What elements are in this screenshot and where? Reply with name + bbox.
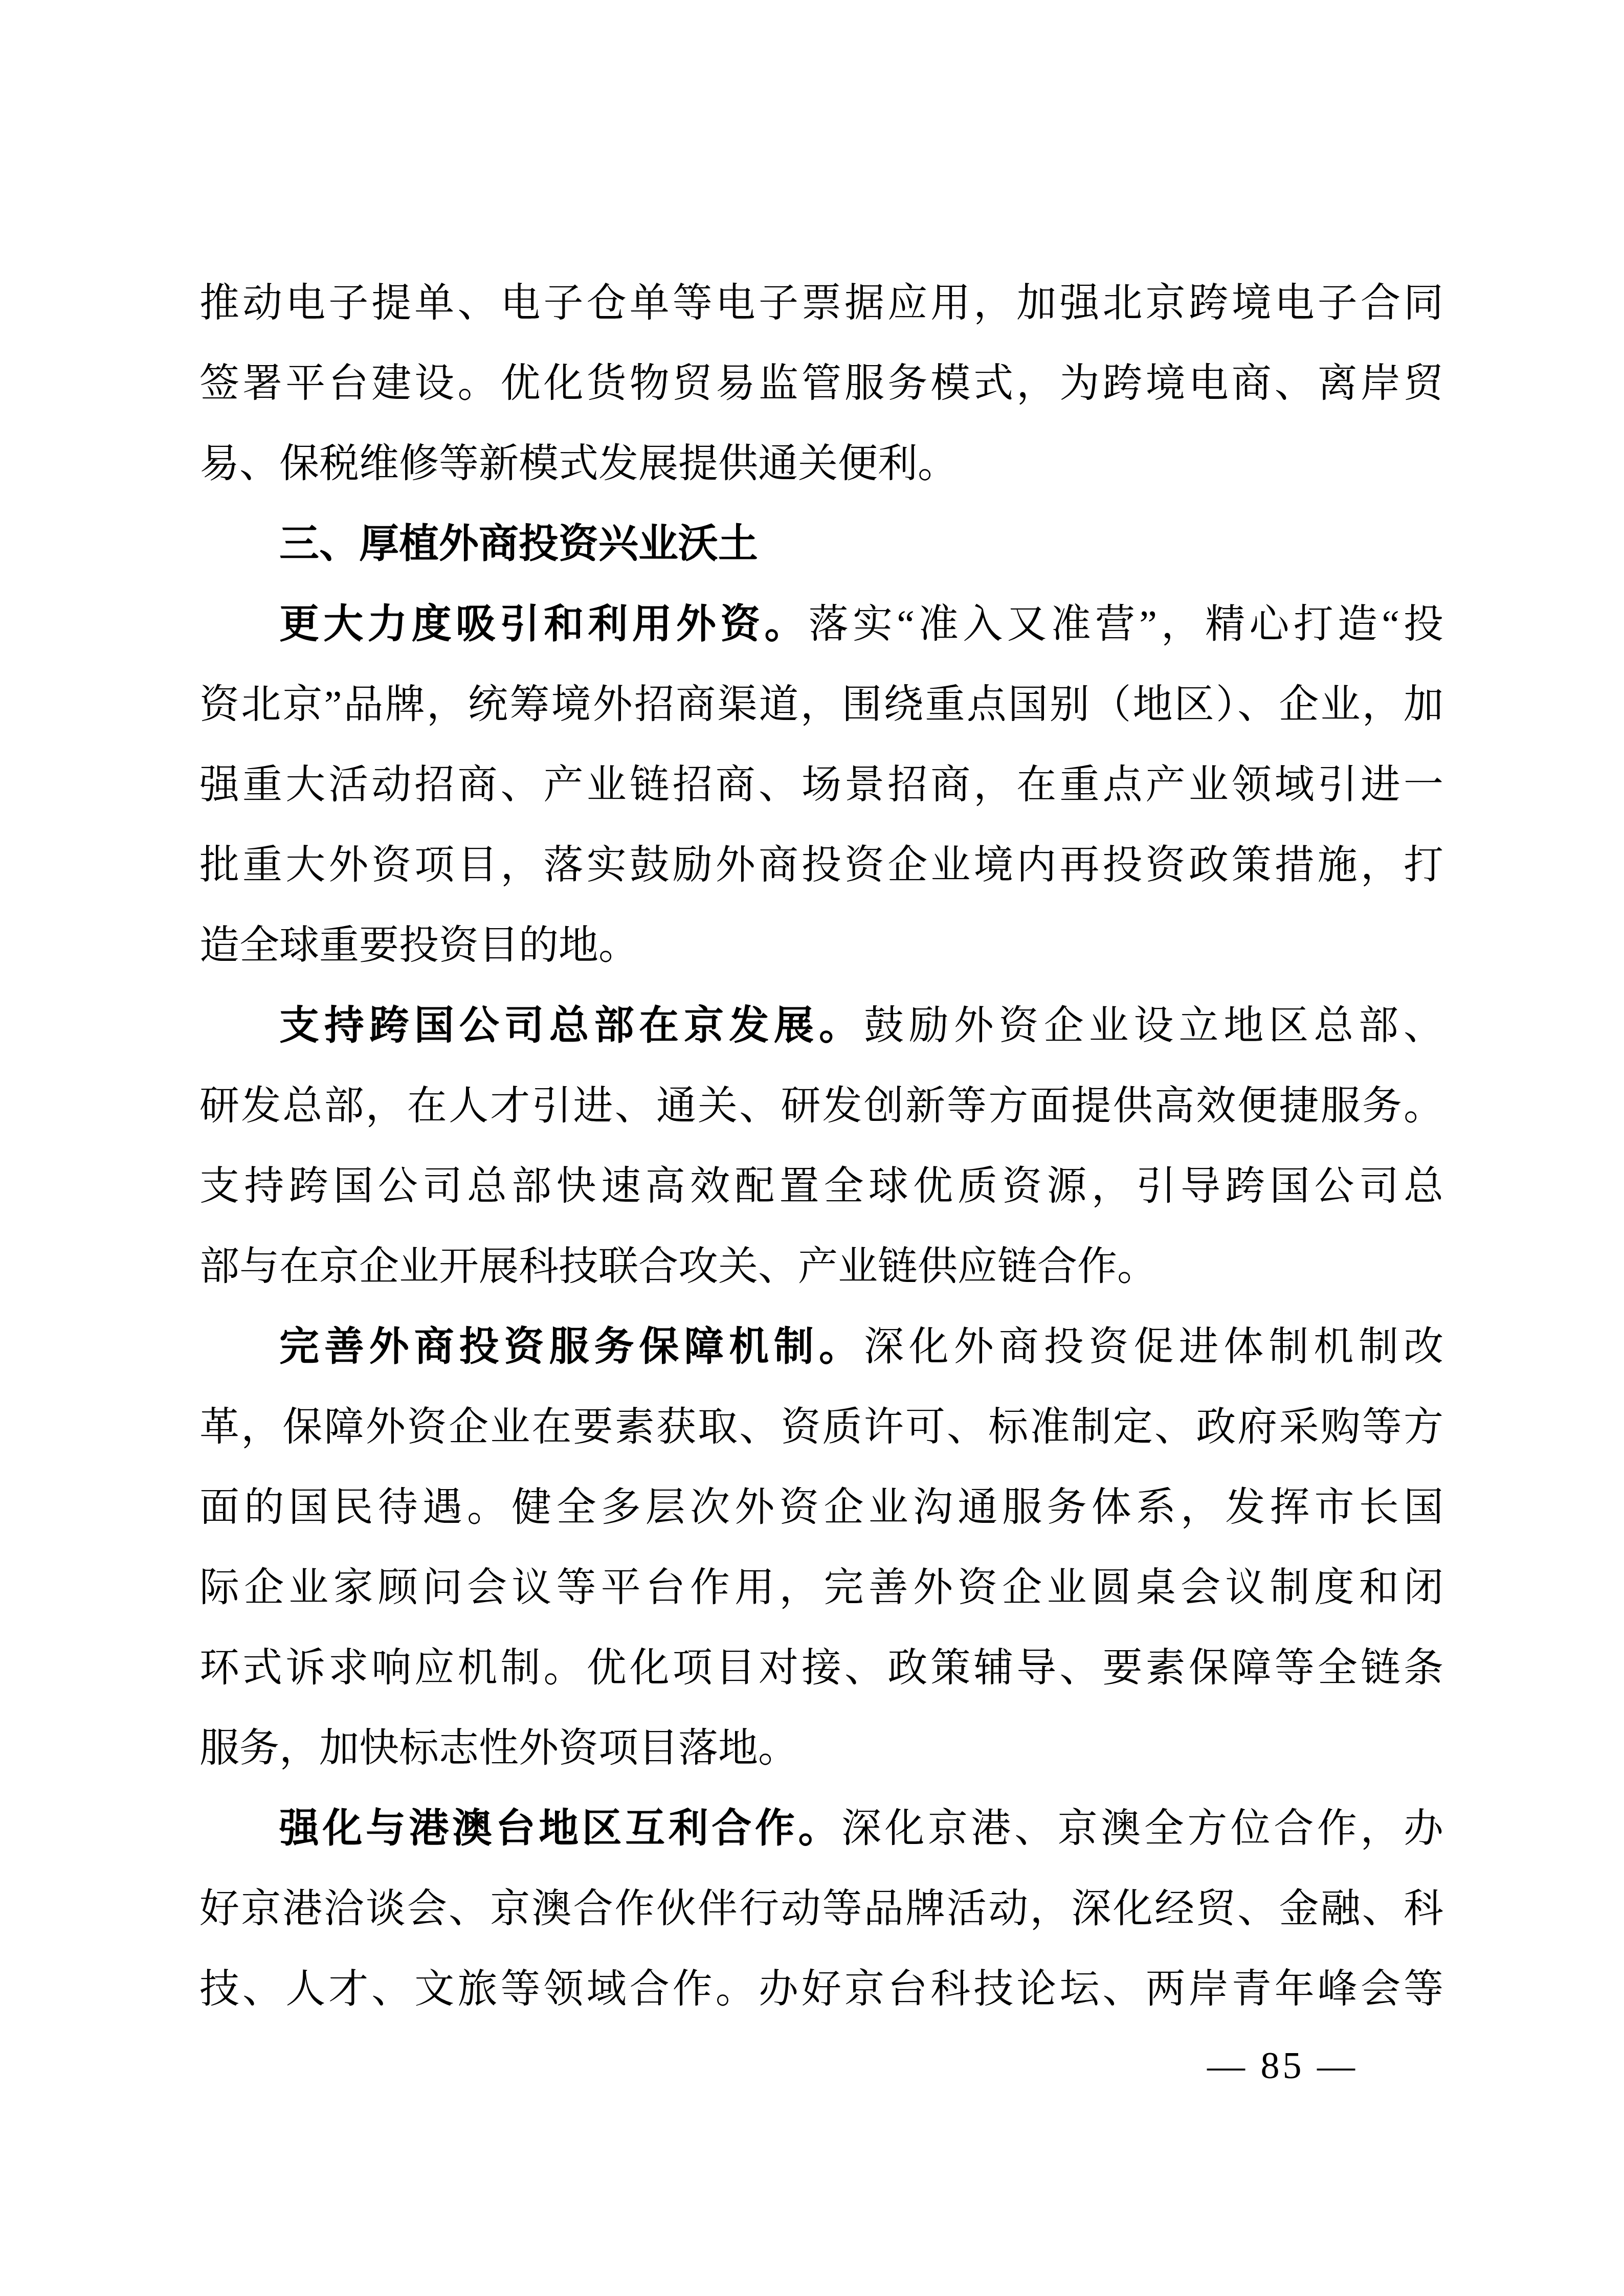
text-line: 研发总部，在人才引进、通关、研发创新等方面提供高效便捷服务。: [199, 1066, 1443, 1146]
paragraph-lead: 支持跨国公司总部在京发展。: [279, 1003, 864, 1048]
page-number: — 85 —: [1207, 2045, 1358, 2087]
section-heading: 三、厚植外商投资兴业沃土: [199, 504, 1443, 584]
paragraph-lead: 完善外商投资服务保障机制。: [279, 1324, 864, 1369]
text-line: 资北京”品牌，统筹境外招商渠道，围绕重点国别（地区）、企业，加: [199, 664, 1443, 745]
text-line: 环式诉求响应机制。优化项目对接、政策辅导、要素保障等全链条: [199, 1628, 1443, 1708]
paragraph-lead-rest: 鼓励外资企业设立地区总部、: [864, 1003, 1443, 1048]
text-line: 好京港洽谈会、京澳合作伙伴行动等品牌活动，深化经贸、金融、科: [199, 1869, 1443, 1949]
document-page: 推动电子提单、电子仓单等电子票据应用，加强北京跨境电子合同 签署平台建设。优化货…: [0, 0, 1624, 2296]
text-line: 技、人才、文旅等领域合作。办好京台科技论坛、两岸青年峰会等: [199, 1949, 1443, 2029]
paragraph-lead: 更大力度吸引和利用外资。: [279, 602, 809, 646]
document-body: 推动电子提单、电子仓单等电子票据应用，加强北京跨境电子合同 签署平台建设。优化货…: [199, 263, 1443, 2029]
paragraph-lead-line: 强化与港澳台地区互利合作。深化京港、京澳全方位合作，办: [199, 1788, 1443, 1869]
paragraph-lead-line: 支持跨国公司总部在京发展。鼓励外资企业设立地区总部、: [199, 985, 1443, 1066]
text-line: 签署平台建设。优化货物贸易监管服务模式，为跨境电商、离岸贸: [199, 343, 1443, 423]
paragraph-lead-rest: 深化京港、京澳全方位合作，办: [841, 1806, 1443, 1851]
text-line: 易、保税维修等新模式发展提供通关便利。: [199, 423, 1443, 504]
text-line: 面的国民待遇。健全多层次外资企业沟通服务体系，发挥市长国: [199, 1467, 1443, 1547]
paragraph-lead-rest: 落实“准入又准营”，精心打造“投: [809, 602, 1443, 646]
paragraph-lead-rest: 深化外商投资促进体制机制改: [864, 1324, 1443, 1369]
page-footer: — 85 —: [1207, 2045, 1358, 2086]
text-line: 部与在京企业开展科技联合攻关、产业链供应链合作。: [199, 1226, 1443, 1307]
text-line: 革，保障外资企业在要素获取、资质许可、标准制定、政府采购等方: [199, 1387, 1443, 1467]
paragraph-lead: 强化与港澳台地区互利合作。: [279, 1806, 841, 1851]
text-line: 造全球重要投资目的地。: [199, 905, 1443, 985]
text-line: 际企业家顾问会议等平台作用，完善外资企业圆桌会议制度和闭: [199, 1547, 1443, 1628]
text-line: 服务，加快标志性外资项目落地。: [199, 1708, 1443, 1788]
text-line: 批重大外资项目，落实鼓励外商投资企业境内再投资政策措施，打: [199, 825, 1443, 905]
text-line: 支持跨国公司总部快速高效配置全球优质资源，引导跨国公司总: [199, 1146, 1443, 1226]
text-line: 推动电子提单、电子仓单等电子票据应用，加强北京跨境电子合同: [199, 263, 1443, 343]
paragraph-lead-line: 更大力度吸引和利用外资。落实“准入又准营”，精心打造“投: [199, 584, 1443, 664]
paragraph-lead-line: 完善外商投资服务保障机制。深化外商投资促进体制机制改: [199, 1307, 1443, 1387]
text-line: 强重大活动招商、产业链招商、场景招商，在重点产业领域引进一: [199, 745, 1443, 825]
